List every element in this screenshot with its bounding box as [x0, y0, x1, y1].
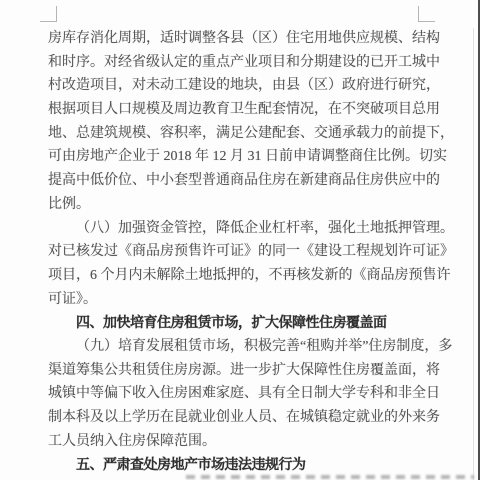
text-line: 渠道筹集公共租赁住房房源。进一步扩大保障性住房覆盖面，将	[48, 359, 442, 383]
text-line: 和时序。对经省级认定的重点产业项目和分期建设的已开工城中	[48, 51, 442, 75]
text-line: 制本科及以上学历在昆就业创业人员、在城镇稳定就业的外来务	[48, 406, 442, 430]
text-line: 地、总建筑规模、容积率，满足公建配套、交通承载力的前提下，	[48, 122, 442, 146]
text-line: 村改造项目，对未动工建设的地块，由县（区）政府进行研究，	[48, 74, 442, 98]
document-body: 房库存消化周期，适时调整各县（区）住宅用地供应规模、结构和时序。对经省级认定的重…	[48, 27, 442, 477]
text-line: （九）培育发展租赁市场，积极完善“租购并举”住房制度，多	[48, 335, 442, 359]
margin-mark-top-left-icon	[40, 6, 57, 22]
text-line: 根据项目人口规模及周边教育卫生配套情况，在不突破项目总用	[48, 98, 442, 122]
document-page: 房库存消化周期，适时调整各县（区）住宅用地供应规模、结构和时序。对经省级认定的重…	[0, 0, 480, 480]
page-edge-faint-line	[473, 28, 474, 480]
text-line: 提高中低价位、中小套型普通商品住房在新建商品住房供应中的	[48, 169, 442, 193]
text-line: 对已核发过《商品房预售许可证》的同一《建设工程规划许可证》	[48, 240, 442, 264]
margin-mark-top-right-icon	[418, 6, 435, 22]
section-heading: 四、加快培育住房租赁市场，扩大保障性住房覆盖面	[48, 311, 442, 335]
text-line: 工人员纳入住房保障范围。	[48, 430, 442, 454]
text-line: 房库存消化周期，适时调整各县（区）住宅用地供应规模、结构	[48, 27, 442, 51]
section-heading: 五、严肃查处房地产市场违法违规行为	[48, 453, 442, 477]
text-line: （八）加强资金管控，降低企业杠杆率，强化土地抵押管理。	[48, 217, 442, 241]
text-line: 可证》。	[48, 288, 442, 312]
next-line-cutoff	[186, 475, 474, 479]
text-line: 项目，6 个月内未解除土地抵押的，不再核发新的《商品房预售许	[48, 264, 442, 288]
text-line: 城镇中等偏下收入住房困难家庭、具有全日制大学专科和非全日	[48, 382, 442, 406]
text-line: 可由房地产企业于 2018 年 12 月 31 日前申请调整商住比例。切实	[48, 145, 442, 169]
text-line: 比例。	[48, 193, 442, 217]
